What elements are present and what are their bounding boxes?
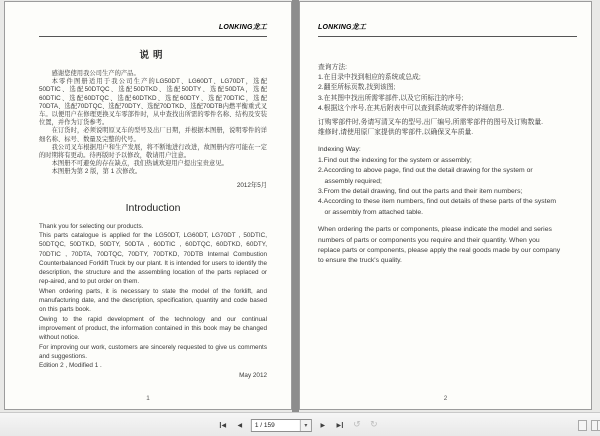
document-workspace[interactable]: LONKING龙工 说明 感谢您使用我公司生产的产品。 本零件图册适用于我公司生… <box>0 0 600 412</box>
page-header: LONKING龙工 <box>318 16 577 37</box>
last-page-icon: ▶ <box>337 422 342 429</box>
next-page-button[interactable]: ▶ <box>317 418 329 432</box>
last-page-bar-icon <box>342 422 343 428</box>
paragraph: For improving our work, customers are si… <box>39 343 267 362</box>
viewer-toolbar: ◀ ◀ ▾ ▶ ▶ ↺ ↻ <box>0 412 600 436</box>
english-indexing-section: Indexing Way: 1.Find out the indexing fo… <box>318 145 563 266</box>
pages-gap-divider <box>292 0 299 412</box>
paragraph: When ordering the parts or components, p… <box>318 225 563 267</box>
list-item: 1.Find out the indexing for the system o… <box>318 156 563 166</box>
paragraph: 本零件图册适用于我公司生产的LG50DT、LG60DT、LG70DT，选配50D… <box>39 78 267 127</box>
rotate-left-button[interactable]: ↺ <box>351 418 363 432</box>
last-page-button[interactable]: ▶ <box>334 418 346 432</box>
first-page-icon: ◀ <box>222 422 227 429</box>
prev-page-button[interactable]: ◀ <box>234 418 246 432</box>
next-page-icon: ▶ <box>321 422 326 429</box>
prev-page-icon: ◀ <box>238 422 243 429</box>
first-page-bar-icon <box>220 422 221 428</box>
edition-line: Edition 2 , Modified 1 . <box>39 361 267 370</box>
page-title-cn: 说明 <box>39 47 267 61</box>
page-number: 2 <box>300 395 591 402</box>
facing-pages-view-button[interactable] <box>591 420 600 431</box>
date-cn: 2012年5月 <box>39 180 267 189</box>
page-number-input[interactable] <box>252 420 300 431</box>
paragraph: 我公司叉车根据用户和生产发展，将不断地进行改进，故图册内容可能在一定的时期将有更… <box>39 144 267 160</box>
chevron-down-icon: ▾ <box>304 422 307 429</box>
chinese-body: 感谢您使用我公司生产的产品。 本零件图册适用于我公司生产的LG50DT、LG60… <box>39 70 267 177</box>
indexing-title-cn: 查询方法: <box>318 63 563 73</box>
paragraph: 订购零部件时,务请写清叉车的型号,出厂编号,所需零部件的图号及订购数量. <box>318 118 563 128</box>
paragraph: Thank you for selecting our products. <box>39 222 267 231</box>
paragraph: 感谢您使用我公司生产的产品。 <box>39 70 267 78</box>
paragraph: 维修时,请使用原厂家提供的零部件,以确保叉车质量. <box>318 128 563 138</box>
rotate-right-icon: ↻ <box>370 420 378 430</box>
lonking-logo: LONKING龙工 <box>219 24 267 31</box>
list-item: 2.翻至所标页数,找到该图; <box>318 83 563 93</box>
list-item: 1.在目录中找到相应的系统或总成; <box>318 73 563 83</box>
page-header: LONKING龙工 <box>39 16 267 37</box>
page-indicator-box: ▾ <box>251 419 312 432</box>
page-title-en: Introduction <box>39 202 267 214</box>
single-page-view-button[interactable] <box>578 420 587 431</box>
rotate-right-button[interactable]: ↻ <box>368 418 380 432</box>
rotate-left-icon: ↺ <box>353 420 361 430</box>
first-page-button[interactable]: ◀ <box>217 418 229 432</box>
paragraph: Owing to the rapid development of the te… <box>39 315 267 343</box>
paragraph: 本图册为第 2 版，第 1 次修改。 <box>39 168 267 176</box>
paragraph: 在订货时，必须说明原叉车的型号及出厂日期，并根据本图册，说明零件的详细名称、标号… <box>39 127 267 143</box>
paragraph: This parts catalogue is applied for the … <box>39 231 267 287</box>
list-item: 4.According to these item numbers, find … <box>318 197 563 218</box>
date-en: May 2012 <box>39 372 267 379</box>
paragraph: When ordering parts, it is necessary to … <box>39 287 267 315</box>
document-page-left: LONKING龙工 说明 感谢您使用我公司生产的产品。 本零件图册适用于我公司生… <box>4 1 292 410</box>
list-item: 3.From the detail drawing, find out the … <box>318 187 563 197</box>
page-number: 1 <box>5 395 291 402</box>
document-page-right: LONKING龙工 查询方法: 1.在目录中找到相应的系统或总成; 2.翻至所标… <box>299 1 592 410</box>
list-item: 4.根据这个序号,在其后附表中可以查到系统或零件的详细信息. <box>318 104 563 114</box>
lonking-logo: LONKING龙工 <box>318 24 366 31</box>
pdf-viewer-window: LONKING龙工 说明 感谢您使用我公司生产的产品。 本零件图册适用于我公司生… <box>0 0 600 436</box>
toolbar-nav-group: ◀ ◀ ▾ ▶ ▶ ↺ ↻ <box>217 413 380 436</box>
english-body: Thank you for selecting our products. Th… <box>39 222 267 371</box>
page-dropdown-button[interactable]: ▾ <box>300 420 311 431</box>
indexing-title-en: Indexing Way: <box>318 145 563 155</box>
toolbar-view-group <box>578 413 600 436</box>
list-item: 2.According to above page, find out the … <box>318 166 563 187</box>
list-item: 3.在其图中找出所需零部件,以及它所标注的序号; <box>318 94 563 104</box>
chinese-indexing-section: 查询方法: 1.在目录中找到相应的系统或总成; 2.翻至所标页数,找到该图; 3… <box>318 63 563 138</box>
